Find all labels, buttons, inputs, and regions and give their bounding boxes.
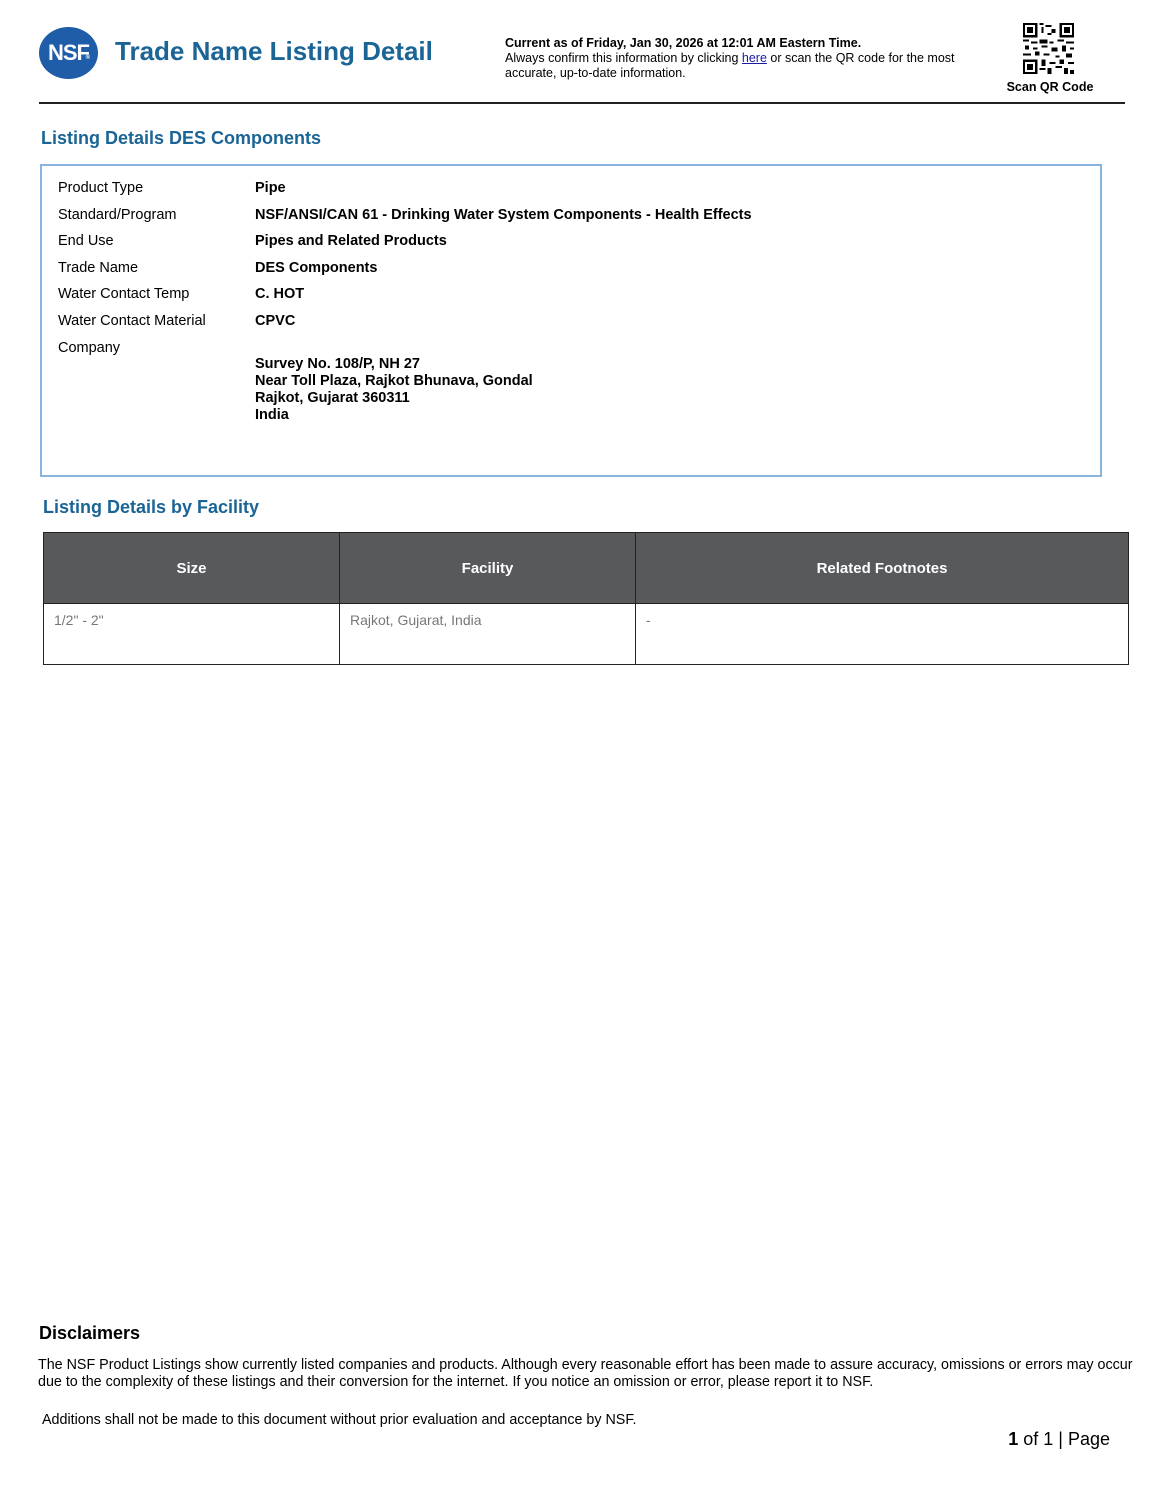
column-header-footnotes: Related Footnotes [636,533,1129,604]
logo-text: NSF [48,40,89,66]
detail-label: Company [58,340,258,356]
cell-footnotes: - [636,604,1129,665]
detail-label: Trade Name [58,260,258,276]
detail-label: Water Contact Temp [58,286,258,302]
facility-section-title: Listing Details by Facility [43,497,259,518]
address-line: Rajkot, Gujarat 360311 [255,390,533,407]
detail-label: Standard/Program [58,207,258,223]
detail-value: Pipes and Related Products [255,233,447,249]
page-title: Trade Name Listing Detail [115,36,433,67]
facility-table: Size Facility Related Footnotes 1/2" - 2… [43,532,1129,665]
confirm-text: Always confirm this information by click… [505,51,985,81]
table-row: 1/2" - 2" Rajkot, Gujarat, India - [44,604,1129,665]
disclaimers-title: Disclaimers [39,1323,140,1344]
header-divider [39,102,1125,104]
listing-section-title: Listing Details DES Components [41,128,321,149]
currency-date: Current as of Friday, Jan 30, 2026 at 12… [505,36,985,51]
detail-label: Product Type [58,180,258,196]
column-header-size: Size [44,533,340,604]
confirm-prefix: Always confirm this information by click… [505,51,742,65]
current-page: 1 [1008,1429,1018,1449]
page-total: of 1 | Page [1018,1429,1110,1449]
address-line: Survey No. 108/P, NH 27 [255,356,533,373]
here-link[interactable]: here [742,51,767,65]
additions-notice: Additions shall not be made to this docu… [42,1412,636,1428]
listing-details-box: Product Type Pipe Standard/Program NSF/A… [40,164,1102,477]
page-number: 1 of 1 | Page [1008,1429,1110,1450]
detail-value: Pipe [255,180,286,196]
table-header-row: Size Facility Related Footnotes [44,533,1129,604]
nsf-logo: NSF ® [39,27,98,79]
disclaimers-text: The NSF Product Listings show currently … [38,1357,1138,1391]
currency-notice: Current as of Friday, Jan 30, 2026 at 12… [505,36,985,81]
detail-value: CPVC [255,313,295,329]
detail-value: C. HOT [255,286,304,302]
cell-facility: Rajkot, Gujarat, India [340,604,636,665]
company-address: Survey No. 108/P, NH 27 Near Toll Plaza,… [255,356,533,424]
column-header-facility: Facility [340,533,636,604]
detail-label: Water Contact Material [58,313,258,329]
detail-label: End Use [58,233,258,249]
cell-size: 1/2" - 2" [44,604,340,665]
qr-code-icon[interactable] [1020,23,1077,74]
detail-value: NSF/ANSI/CAN 61 - Drinking Water System … [255,207,752,223]
qr-label: Scan QR Code [1000,80,1100,94]
address-line: India [255,407,533,424]
detail-value: DES Components [255,260,377,276]
registered-mark: ® [86,55,89,61]
address-line: Near Toll Plaza, Rajkot Bhunava, Gondal [255,373,533,390]
